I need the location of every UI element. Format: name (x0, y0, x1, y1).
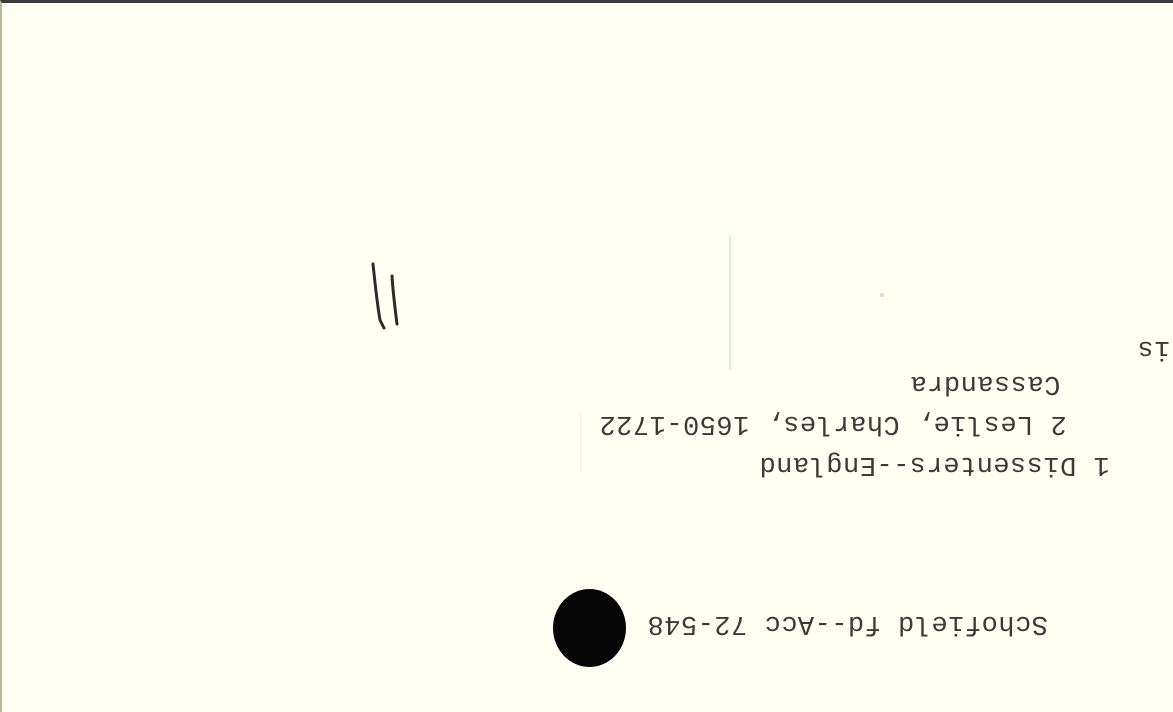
text-line-fragment: dis (1137, 333, 1173, 363)
faint-ruled-line (580, 413, 581, 473)
ruled-line (729, 235, 731, 370)
text-line-subject-1: 1 Dissenters--England (759, 449, 1110, 479)
text-line-cassandra: Cassandra (910, 368, 1060, 398)
paper-speck (880, 293, 884, 297)
handwritten-mark (362, 258, 412, 333)
text-line-accession: Schofield fd--Acc 72-548 (647, 608, 1048, 638)
catalog-card: dis Cassandra 2 Leslie, Charles, 1650-17… (0, 0, 1173, 712)
punch-hole (553, 589, 626, 667)
text-line-subject-2: 2 Leslie, Charles, 1650-1722 (599, 408, 1067, 438)
